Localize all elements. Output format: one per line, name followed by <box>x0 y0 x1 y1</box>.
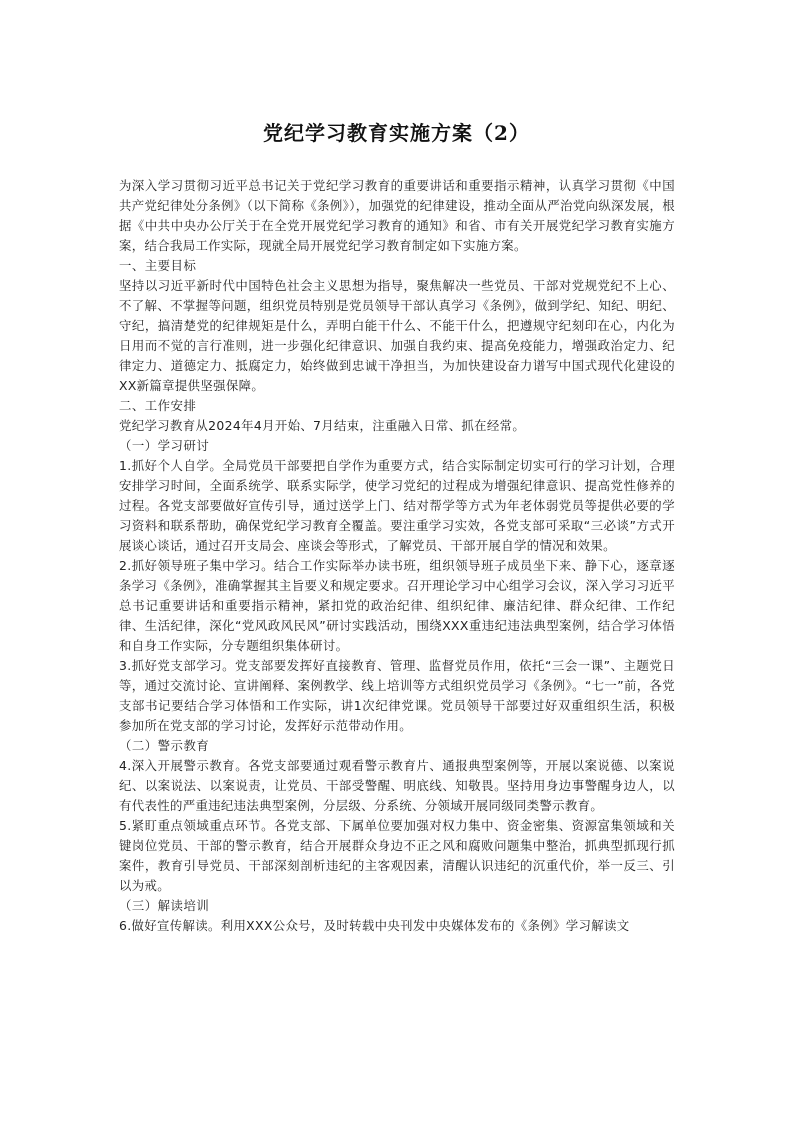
item-5-paragraph: 5.紧盯重点领域重点环节。各党支部、下属单位要加强对权力集中、资金密集、资源富集… <box>119 816 675 896</box>
goals-paragraph: 坚持以习近平新时代中国特色社会主义思想为指导，聚焦解决一些党员、干部对党规党纪不… <box>119 276 675 396</box>
intro-paragraph: 为深入学习贯彻习近平总书记关于党纪学习教育的重要讲话和重要指示精神，认真学习贯彻… <box>119 176 675 256</box>
item-4-paragraph: 4.深入开展警示教育。各党支部要通过观看警示教育片、通报典型案例等，开展以案说德… <box>119 756 675 816</box>
item-1-paragraph: 1.抓好个人自学。全局党员干部要把自学作为重要方式，结合实际制定切实可行的学习计… <box>119 456 675 556</box>
section-heading-goals: 一、主要目标 <box>119 256 675 276</box>
subsection-heading-study: （一）学习研讨 <box>119 436 675 456</box>
item-3-paragraph: 3.抓好党支部学习。党支部要发挥好直接教育、管理、监督党员作用，依托“三会一课”… <box>119 656 675 736</box>
document-page: 党纪学习教育实施方案（2） 为深入学习贯彻习近平总书记关于党纪学习教育的重要讲话… <box>0 0 793 1122</box>
section-heading-arrangement: 二、工作安排 <box>119 396 675 416</box>
document-body: 为深入学习贯彻习近平总书记关于党纪学习教育的重要讲话和重要指示精神，认真学习贯彻… <box>119 176 675 936</box>
arrangement-paragraph: 党纪学习教育从2024年4月开始、7月结束，注重融入日常、抓在经常。 <box>119 416 675 436</box>
subsection-heading-training: （三）解读培训 <box>119 896 675 916</box>
document-title: 党纪学习教育实施方案（2） <box>0 119 793 147</box>
item-6-paragraph: 6.做好宣传解读。利用XXX公众号，及时转载中央刊发中央媒体发布的《条例》学习解… <box>119 916 675 936</box>
item-2-paragraph: 2.抓好领导班子集中学习。结合工作实际举办读书班，组织领导班子成员坐下来、静下心… <box>119 556 675 656</box>
subsection-heading-warning: （二）警示教育 <box>119 736 675 756</box>
